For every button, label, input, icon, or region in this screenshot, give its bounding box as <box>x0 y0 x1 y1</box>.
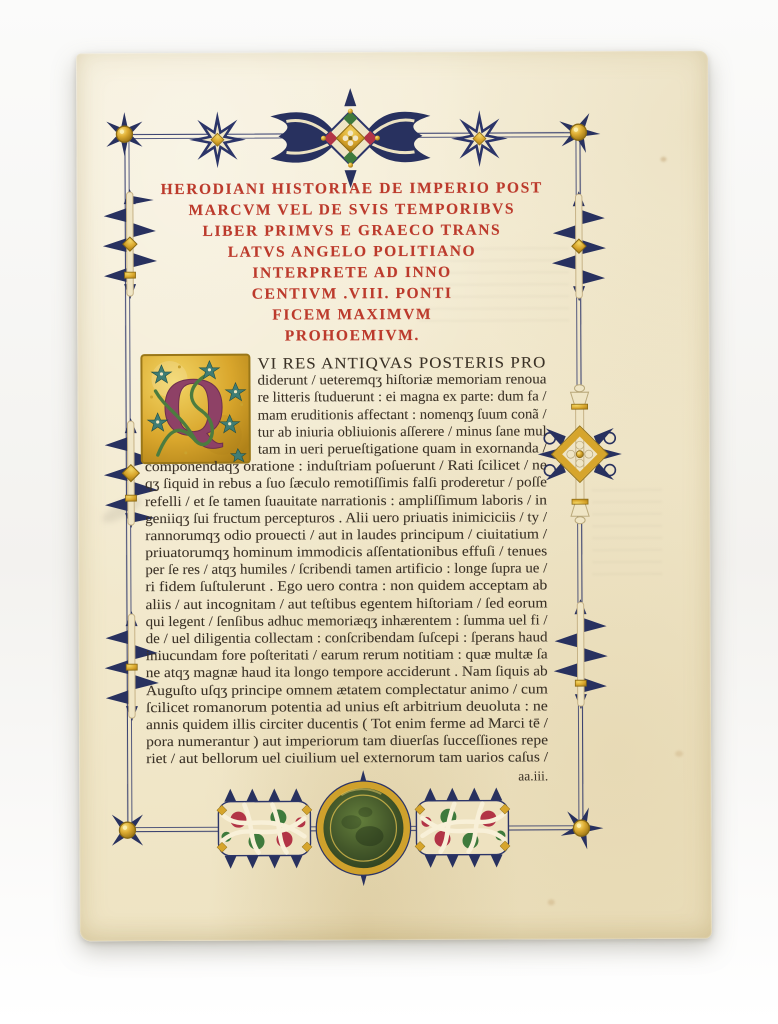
rubric-title: HERODIANI HISTORIAE DE IMPERIO POST MARC… <box>125 177 580 347</box>
foxing-spot <box>548 899 555 905</box>
gold-boss-icon <box>101 111 147 157</box>
text-line: ri fidem ſuſtulerunt . Ego uero contra :… <box>145 578 547 597</box>
text-line: de / uel diligentia collectam : conſcrib… <box>146 629 548 648</box>
gold-boss-icon <box>558 805 604 851</box>
foxing-spot <box>675 751 683 757</box>
text-line: mam eruditionis affectant : nomenqʒ ſuum… <box>258 406 547 424</box>
text-line: pora numerantur ) aut imperiorum tam diu… <box>146 732 548 751</box>
manuscript-leaf: HERODIANI HISTORIAE DE IMPERIO POST MARC… <box>76 51 712 942</box>
text-line: ſcilicet romanorum potentia ad unius eſt… <box>146 698 548 717</box>
title-line: INTERPRETE AD INNO <box>125 261 579 284</box>
text-line: qui legent / ſenſibus adhuc memoriæqʒ in… <box>146 612 548 631</box>
title-line: LATVS ANGELO POLITIANO <box>125 240 579 263</box>
thorn-flourish-icon <box>552 599 608 709</box>
text-line: iniucundam fore poſteritati / earum reru… <box>146 647 548 666</box>
body-text: VI RES ANTIQVAS POSTERIS PRO diderunt / … <box>144 354 548 768</box>
text-line: tam in ueri perueſtigatione quam in exor… <box>258 440 547 458</box>
text-line: componendaqʒ oratione : induſtriam poſue… <box>145 457 547 476</box>
star-flourish-icon <box>447 106 511 170</box>
text-line: diderunt / ueteremqʒ hiſtoriæ memoriam r… <box>257 372 546 390</box>
photo-background: HERODIANI HISTORIAE DE IMPERIO POST MARC… <box>0 0 778 1024</box>
crest-ornament-icon <box>260 86 440 191</box>
title-line: FICEM MAXIMVM <box>125 303 579 326</box>
text-line: aliis / aut incognitam / aut teſtibus eg… <box>145 595 547 614</box>
text-line: riet / aut bellorum uel ciuilium uel ext… <box>146 750 548 769</box>
signature-mark: aa.iii. <box>146 768 548 786</box>
star-flourish-icon <box>185 108 249 172</box>
text-line: annis quidem illis circiter ducentis ( T… <box>146 715 548 734</box>
text-line: rannorumqʒ odio prouecti / aut in laudes… <box>145 526 547 545</box>
text-line: re litteris ſtuduerunt : ei magna ex par… <box>258 389 547 407</box>
text-line: qʒ ſiquid in rebus a ſuo ſæculo remotiſſ… <box>145 475 547 494</box>
title-line: LIBER PRIMVS E GRAECO TRANS <box>125 219 579 242</box>
title-line: PROHOEMIVM. <box>125 324 579 347</box>
text-line: geniiqʒ ſui fructum percepturos . Alii u… <box>145 509 547 528</box>
text-line: VI RES ANTIQVAS POSTERIS PRO <box>257 354 546 372</box>
text-line: priuatorumqʒ hominum immodicis aſſentati… <box>145 543 547 562</box>
title-line: CENTIVM .VIII. PONTI <box>125 282 579 305</box>
title-line: HERODIANI HISTORIAE DE IMPERIO POST <box>125 177 579 200</box>
text-line: ne atqʒ magnæ haud ita longo tempore acc… <box>146 664 548 683</box>
gold-boss-icon <box>555 109 601 155</box>
title-line: MARCVM VEL DE SVIS TEMPORIBVS <box>125 198 579 221</box>
foxing-spot <box>661 157 667 162</box>
gold-boss-icon <box>104 807 150 853</box>
text-line: refelli / et ſe tamen ſuauitate narratio… <box>145 492 547 511</box>
text-line: tur ab iniuria obliuionis aſſerere / min… <box>258 423 547 441</box>
text-line: Auguſto uſqʒ principe omnem ætatem compl… <box>146 681 548 700</box>
laurel-medallion-icon <box>208 767 519 888</box>
text-line: per ſe res / atqʒ humiles / ſcribendi ta… <box>145 561 547 580</box>
